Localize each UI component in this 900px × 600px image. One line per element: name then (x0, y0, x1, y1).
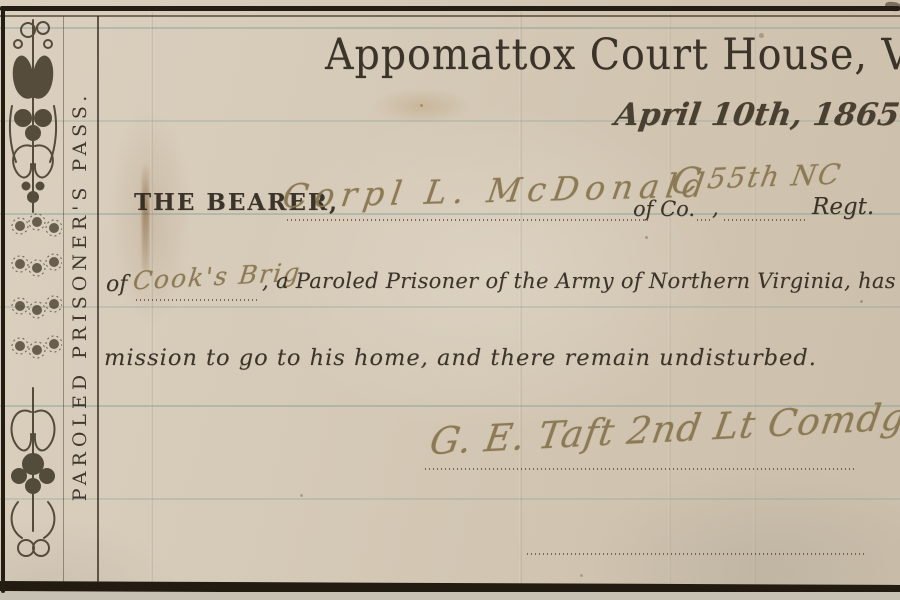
of-label: of (106, 272, 127, 297)
body-text-line-2: mission to go to his home, and there rem… (104, 345, 817, 371)
top-border-rule (0, 6, 900, 11)
fold-crease (519, 12, 522, 587)
floral-border-ornament-icon (6, 16, 62, 580)
regiment-handwritten: 55th NC (705, 158, 845, 196)
fill-in-line-regiment (724, 219, 806, 221)
ruled-line (0, 306, 900, 308)
fill-in-line-bearer-name (287, 219, 648, 221)
regt-label: Regt. (812, 194, 874, 220)
fill-in-line-company (697, 219, 711, 221)
ruled-line (0, 498, 900, 500)
comma-label: , (712, 196, 719, 220)
body-text-line-1: , a Paroled Prisoner of the Army of Nort… (262, 269, 900, 293)
bottom-blank-line (527, 553, 865, 555)
top-border-thin-rule (0, 15, 900, 17)
date-line: April 10th, 1865. (612, 97, 887, 133)
parole-pass-document: PAROLED PRISONER'S PASS. Appomattox Cour… (0, 0, 900, 600)
left-border-rule (1, 6, 5, 593)
photo-edge (0, 592, 900, 600)
label-divider-rule (97, 16, 99, 583)
signature-line (425, 468, 857, 470)
vertical-pass-label: PAROLED PRISONER'S PASS. (63, 16, 97, 576)
paper-specks (420, 104, 423, 107)
fill-in-line-brigade (136, 299, 258, 301)
officer-signature-handwritten: G. E. Taft 2nd Lt Comdg Com (427, 390, 900, 464)
document-title: Appomattox Court House, Va., (325, 30, 900, 80)
ruled-line (0, 27, 900, 29)
ink-stain (142, 163, 149, 271)
